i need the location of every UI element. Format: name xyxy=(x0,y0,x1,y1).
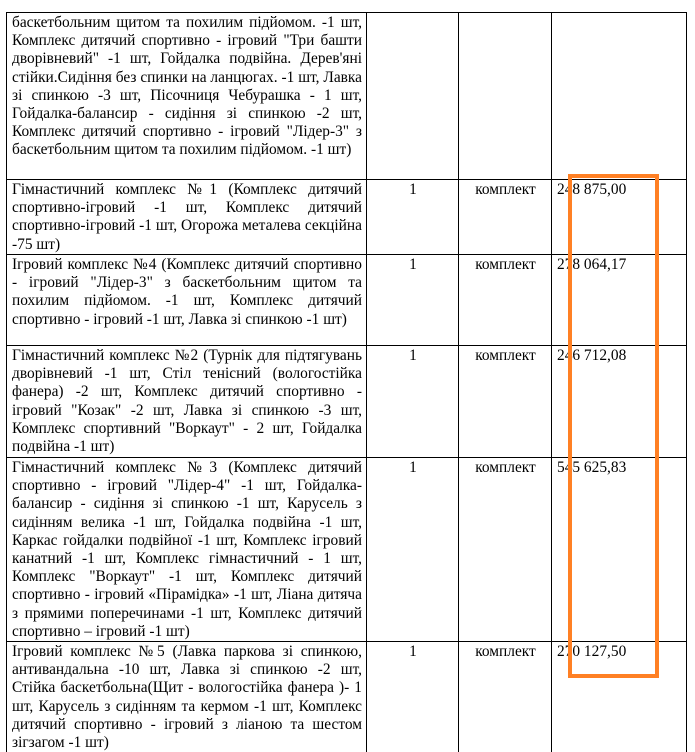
table-row: Гімнастичний комплекс №2 (Турнік для під… xyxy=(7,346,687,458)
item-unit: комплект xyxy=(459,458,552,642)
item-unit: комплект xyxy=(459,180,552,255)
item-price: 248 875,00 xyxy=(552,180,687,255)
item-price xyxy=(552,13,687,180)
table-row: Ігровий комплекс №4 (Комплекс дитячий сп… xyxy=(7,255,687,346)
table-row: баскетбольним щитом та похилим підйомом.… xyxy=(7,13,687,180)
item-description: Ігровий комплекс №5 (Лавка паркова зі сп… xyxy=(7,642,367,752)
table-row: Гімнастичний комплекс №1 (Комплекс дитяч… xyxy=(7,180,687,255)
item-unit: комплект xyxy=(459,346,552,458)
table-row: Гімнастичний комплекс №3 (Комплекс дитяч… xyxy=(7,458,687,642)
item-quantity: 1 xyxy=(367,642,459,752)
item-description: Гімнастичний комплекс №2 (Турнік для під… xyxy=(7,346,367,458)
item-unit xyxy=(459,13,552,180)
item-description: Ігровий комплекс №4 (Комплекс дитячий сп… xyxy=(7,255,367,346)
item-price: 246 712,08 xyxy=(552,346,687,458)
item-price: 270 127,50 xyxy=(552,642,687,752)
item-quantity: 1 xyxy=(367,255,459,346)
item-unit: комплект xyxy=(459,642,552,752)
item-description: Гімнастичний комплекс №3 (Комплекс дитяч… xyxy=(7,458,367,642)
item-quantity xyxy=(367,13,459,180)
item-description: Гімнастичний комплекс №1 (Комплекс дитяч… xyxy=(7,180,367,255)
item-quantity: 1 xyxy=(367,346,459,458)
item-price: 278 064,17 xyxy=(552,255,687,346)
table-row: Ігровий комплекс №5 (Лавка паркова зі сп… xyxy=(7,642,687,752)
item-quantity: 1 xyxy=(367,458,459,642)
item-quantity: 1 xyxy=(367,180,459,255)
item-description: баскетбольним щитом та похилим підйомом.… xyxy=(7,13,367,180)
item-unit: комплект xyxy=(459,255,552,346)
item-price: 545 625,83 xyxy=(552,458,687,642)
equipment-price-table: баскетбольним щитом та похилим підйомом.… xyxy=(6,12,687,752)
